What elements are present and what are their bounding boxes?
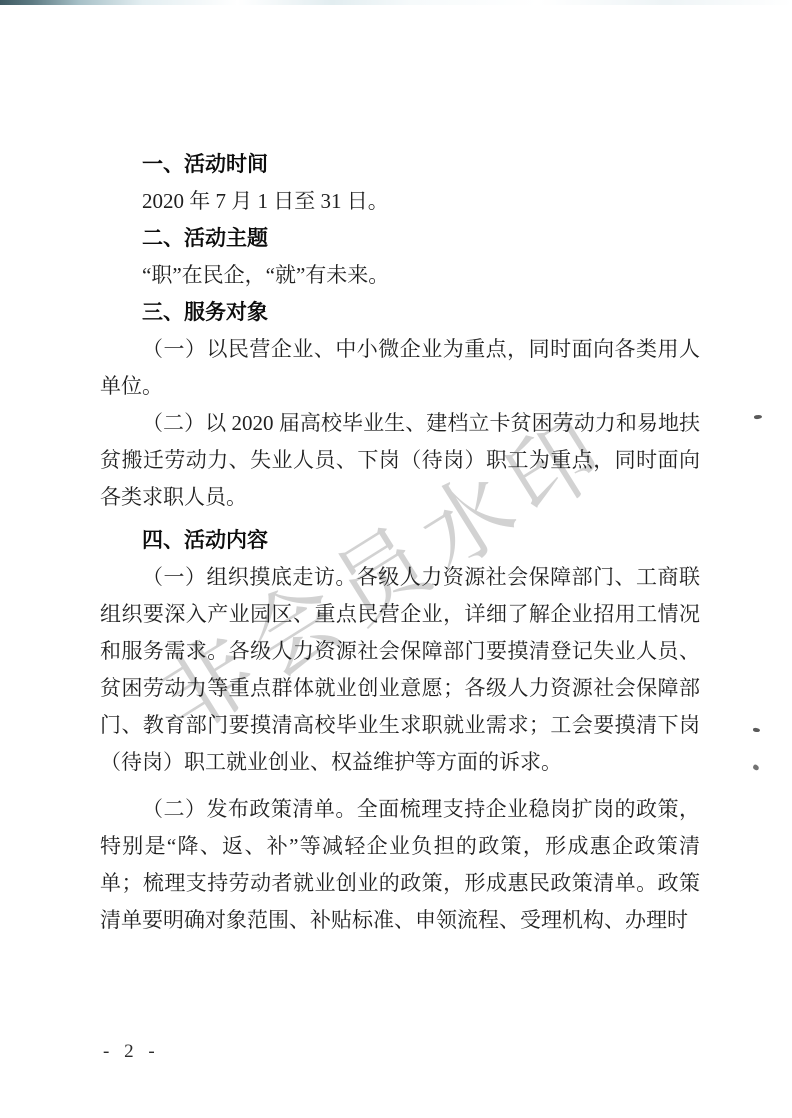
scan-speck <box>752 764 760 771</box>
paragraph-activity-content-1: （一）组织摸底走访。各级人力资源社会保障部门、工商联组织要深入产业园区、重点民营… <box>100 559 700 781</box>
section-heading-service-targets: 三、服务对象 <box>100 294 700 331</box>
page-number: - 2 - <box>103 1041 160 1063</box>
scanned-document-page: 非会员水印 一、活动时间 2020 年 7 月 1 日至 31 日。 二、活动主… <box>0 0 792 1118</box>
section-heading-activity-time: 一、活动时间 <box>100 146 700 183</box>
paragraph-activity-time: 2020 年 7 月 1 日至 31 日。 <box>100 183 700 220</box>
document-body: 一、活动时间 2020 年 7 月 1 日至 31 日。 二、活动主题 “职”在… <box>100 146 700 939</box>
paragraph-activity-content-2: （二）发布政策清单。全面梳理支持企业稳岗扩岗的政策，特别是“降、返、补”等减轻企… <box>100 791 700 939</box>
paragraph-activity-theme: “职”在民企，“就”有未来。 <box>100 257 700 294</box>
paragraph-service-targets-2: （二）以 2020 届高校毕业生、建档立卡贫困劳动力和易地扶贫搬迁劳动力、失业人… <box>100 405 700 516</box>
scan-speck <box>754 414 762 419</box>
section-heading-activity-content: 四、活动内容 <box>100 522 700 559</box>
paragraph-service-targets-1: （一）以民营企业、中小微企业为重点，同时面向各类用人单位。 <box>100 331 700 405</box>
scan-speck <box>753 728 760 733</box>
scan-artifact-top-strip <box>0 0 792 5</box>
section-heading-activity-theme: 二、活动主题 <box>100 220 700 257</box>
